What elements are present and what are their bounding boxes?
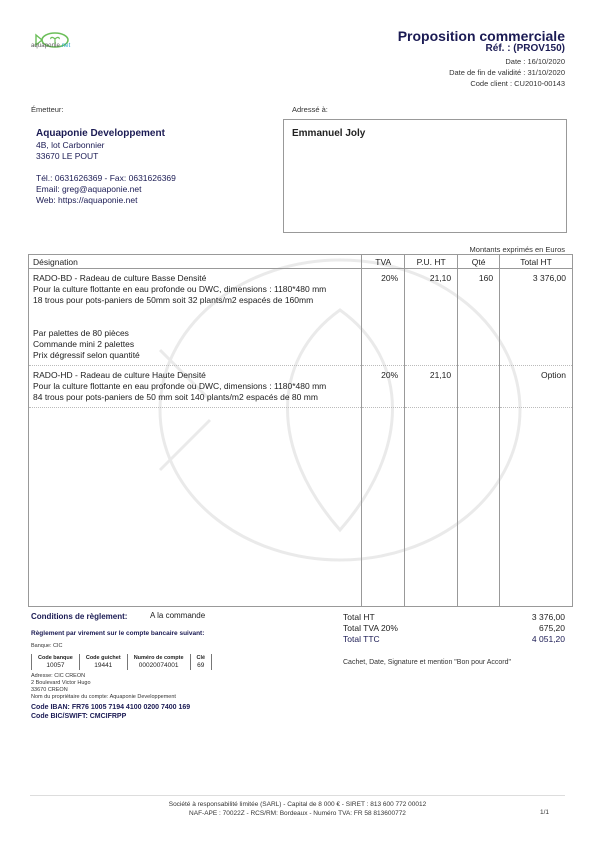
col-designation: Désignation	[29, 255, 362, 269]
designation-line: Pour la culture flottante en eau profond…	[33, 381, 357, 392]
item-designation: RADO-BD - Radeau de culture Basse Densit…	[29, 269, 362, 366]
bank-transfer-title: Règlement par virement sur le compte ban…	[31, 630, 204, 637]
footer: Société à responsabilité limitée (SARL) …	[0, 800, 595, 818]
total-ttc-label: Total TTC	[343, 634, 380, 645]
total-ttc-value: 4 051,20	[532, 634, 565, 645]
iban: Code IBAN: FR76 1005 7194 4100 0200 7400…	[31, 704, 190, 713]
items-table: Désignation TVA P.U. HT Qté Total HT RAD…	[28, 254, 573, 607]
total-ht-label: Total HT	[343, 612, 375, 623]
item-designation: RADO-HD - Radeau de culture Haute Densit…	[29, 366, 362, 408]
emitter-label: Émetteur:	[31, 105, 64, 114]
bank-address-line: 33670 CREON	[31, 687, 176, 694]
bank-address: Adresse: CIC CREON2 Boulevard Victor Hug…	[31, 673, 176, 701]
emitter-web[interactable]: Web: https://aquaponie.net	[36, 195, 176, 206]
logo-text: aquaponie.net	[31, 43, 70, 49]
signature-note: Cachet, Date, Signature et mention "Bon …	[343, 659, 511, 666]
emitter-phone: Tél.: 0631626369 - Fax: 0631626369	[36, 173, 176, 184]
bank-address-line: Nom du propriétaire du compte: Aquaponie…	[31, 694, 176, 701]
bank-field-label: Code guichet	[86, 654, 121, 662]
table-row: RADO-BD - Radeau de culture Basse Densit…	[29, 269, 573, 366]
recipient-name: Emmanuel Joly	[292, 128, 365, 139]
bank-field-value: 10057	[38, 662, 73, 670]
designation-line: Par palettes de 80 pièces	[33, 328, 357, 339]
table-header-row: Désignation TVA P.U. HT Qté Total HT	[29, 255, 573, 269]
logo-text-main: aquaponie	[31, 43, 60, 49]
item-total: 3 376,00	[500, 269, 573, 366]
document-date: Date : 16/10/2020	[505, 57, 565, 66]
totals-block: Total HT 3 376,00 Total TVA 20% 675,20 T…	[343, 612, 565, 645]
emitter-address1: 4B, lot Carbonnier	[36, 140, 176, 151]
col-qty: Qté	[458, 255, 500, 269]
designation-line: 18 trous pour pots-paniers de 50mm soit …	[33, 295, 357, 306]
total-ht-value: 3 376,00	[532, 612, 565, 623]
bank-field: Numéro de compte00020074001	[127, 654, 190, 670]
footer-line2: NAF-APE : 70022Z - RCS/RM: Bordeaux - Nu…	[0, 809, 595, 818]
payment-conditions-value: A la commande	[150, 611, 205, 620]
designation-line: Commande mini 2 palettes	[33, 339, 357, 350]
emitter-name: Aquaponie Developpement	[36, 128, 176, 140]
document-title: Proposition commerciale	[398, 28, 565, 44]
item-qty: 160	[458, 269, 500, 366]
designation-line	[33, 317, 357, 328]
item-qty	[458, 366, 500, 408]
footer-line1: Société à responsabilité limitée (SARL) …	[0, 800, 595, 809]
col-pu: P.U. HT	[405, 255, 458, 269]
item-pu: 21,10	[405, 269, 458, 366]
footer-divider	[30, 795, 565, 796]
recipient-label: Adressé à:	[292, 105, 328, 114]
bank-name: Banque: CIC	[31, 643, 63, 649]
total-tva-row: Total TVA 20% 675,20	[343, 623, 565, 634]
item-pu: 21,10	[405, 366, 458, 408]
bank-field: Code banque10057	[32, 654, 80, 670]
total-tva-label: Total TVA 20%	[343, 623, 398, 634]
designation-line: Pour la culture flottante en eau profond…	[33, 284, 357, 295]
col-tva: TVA	[362, 255, 405, 269]
bank-address-line: Adresse: CIC CREON	[31, 673, 176, 680]
bank-field-value: 00020074001	[134, 662, 184, 670]
bank-address-line: 2 Boulevard Victor Hugo	[31, 680, 176, 687]
emitter-block: Aquaponie Developpement 4B, lot Carbonni…	[36, 128, 176, 206]
item-tva: 20%	[362, 366, 405, 408]
page-number: 1/1	[540, 809, 549, 816]
col-total: Total HT	[500, 255, 573, 269]
designation-line: 84 trous pour pots-paniers de 50 mm soit…	[33, 392, 357, 403]
validity-date: Date de fin de validité : 31/10/2020	[449, 68, 565, 77]
bank-field-label: Numéro de compte	[134, 654, 184, 662]
bank-field: Clé69	[190, 654, 212, 670]
bank-field-value: 69	[197, 662, 206, 670]
designation-line: RADO-HD - Radeau de culture Haute Densit…	[33, 370, 357, 381]
item-tva: 20%	[362, 269, 405, 366]
designation-line	[33, 306, 357, 317]
client-code: Code client : CU2010-00143	[470, 79, 565, 88]
payment-conditions-label: Conditions de règlement:	[31, 612, 127, 621]
logo-text-suffix: .net	[60, 43, 70, 49]
emitter-email[interactable]: Email: greg@aquaponie.net	[36, 184, 176, 195]
bank-field-value: 19441	[86, 662, 121, 670]
currency-note: Montants exprimés en Euros	[470, 245, 565, 254]
bic: Code BIC/SWIFT: CMCIFRPP	[31, 713, 190, 722]
designation-line: RADO-BD - Radeau de culture Basse Densit…	[33, 273, 357, 284]
bank-field-label: Clé	[197, 654, 206, 662]
bank-codes: Code IBAN: FR76 1005 7194 4100 0200 7400…	[31, 704, 190, 721]
table-filler-row	[29, 408, 573, 607]
item-total: Option	[500, 366, 573, 408]
bank-field-label: Code banque	[38, 654, 73, 662]
total-ht-row: Total HT 3 376,00	[343, 612, 565, 623]
emitter-address2: 33670 LE POUT	[36, 151, 176, 162]
total-tva-value: 675,20	[539, 623, 565, 634]
table-row: RADO-HD - Radeau de culture Haute Densit…	[29, 366, 573, 408]
designation-line: Prix dégressif selon quantité	[33, 350, 357, 361]
bank-field: Code guichet19441	[79, 654, 127, 670]
bank-details-table: Code banque10057Code guichet19441Numéro …	[31, 654, 212, 670]
document-ref: Réf. : (PROV150)	[486, 43, 565, 54]
total-ttc-row: Total TTC 4 051,20	[343, 634, 565, 645]
